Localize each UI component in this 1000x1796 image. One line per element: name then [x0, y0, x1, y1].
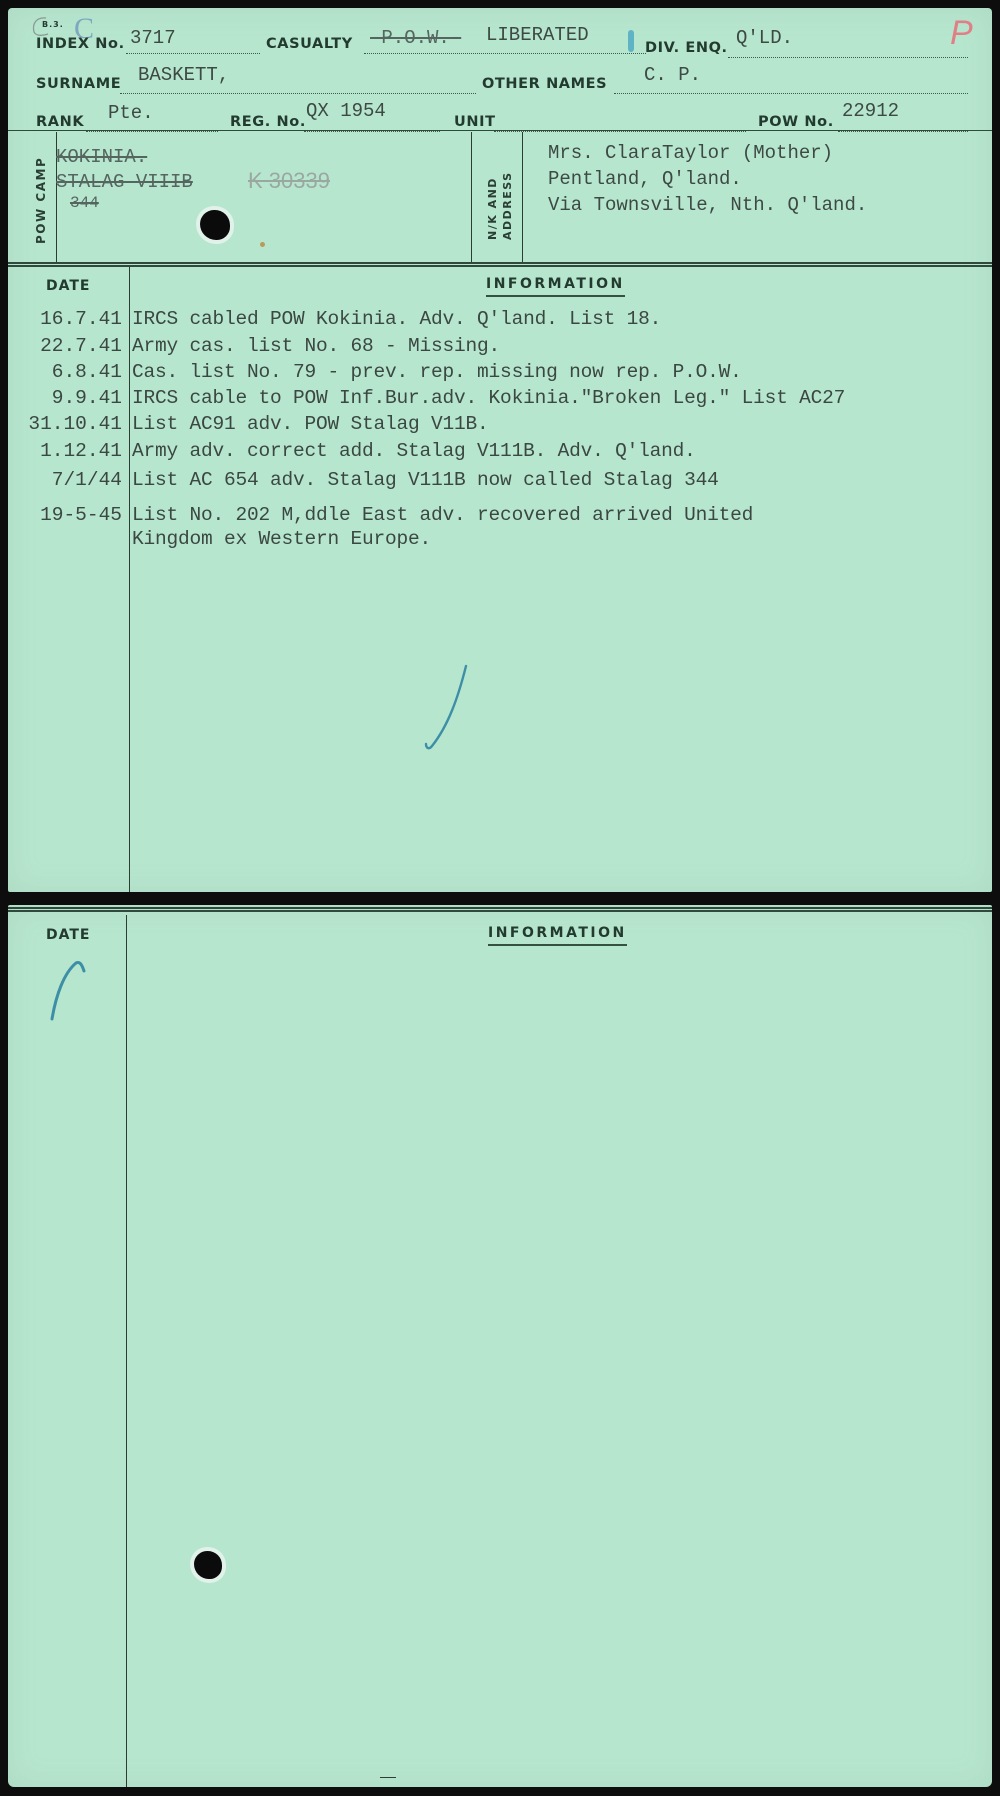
reg-no-label: REG. No.	[230, 114, 306, 130]
back-information-header: INFORMATION	[488, 925, 627, 946]
section-divider	[8, 262, 992, 267]
log-entry-date: 9.9.41	[8, 387, 122, 409]
reg-no-line	[304, 131, 440, 132]
surname-label: SURNAME	[36, 76, 121, 92]
blue-tick-mark-icon	[416, 658, 476, 758]
other-names-line	[614, 93, 968, 94]
back-punch-hole	[194, 1551, 222, 1579]
index-no-label: INDEX No.	[36, 36, 125, 52]
pow-camp-pencil-note: K 30339	[248, 168, 330, 194]
stain-dot	[260, 242, 265, 247]
log-entry-text: List AC91 adv. POW Stalag V11B.	[132, 413, 489, 435]
log-entry: 7/1/44 List AC 654 adv. Stalag V111B now…	[8, 469, 992, 495]
back-date-column-divider	[126, 915, 127, 1787]
log-entry: 22.7.41Army cas. list No. 68 - Missing.	[8, 335, 992, 361]
log-entry: 31.10.41List AC91 adv. POW Stalag V11B.	[8, 413, 992, 439]
reg-no-value: QX 1954	[306, 100, 386, 122]
record-card-back: DATE INFORMATION	[8, 905, 992, 1787]
punch-hole	[200, 210, 230, 240]
log-entry: Kingdom ex Western Europe.	[8, 528, 992, 554]
header-divider	[8, 130, 992, 131]
address-divider-right	[522, 132, 523, 264]
log-entry-text: List No. 202 M,ddle East adv. recovered …	[132, 504, 753, 526]
log-entry-date: 7/1/44	[8, 469, 122, 491]
log-entry: 6.8.41Cas. list No. 79 - prev. rep. miss…	[8, 361, 992, 387]
log-entry-text: IRCS cabled POW Kokinia. Adv. Q'land. Li…	[132, 308, 661, 330]
address-line-2: Pentland, Q'land.	[548, 168, 742, 190]
log-entry-text: Cas. list No. 79 - prev. rep. missing no…	[132, 361, 742, 383]
casualty-line	[364, 53, 646, 54]
address-line-3: Via Townsville, Nth. Q'land.	[548, 194, 867, 216]
rank-label: RANK	[36, 114, 84, 130]
log-entry-text: Army cas. list No. 68 - Missing.	[132, 335, 500, 357]
pow-no-label: POW No.	[758, 114, 834, 130]
index-no-line	[126, 53, 260, 54]
index-no-value: 3717	[130, 27, 176, 49]
address-line-1: Mrs. ClaraTaylor (Mother)	[548, 142, 833, 164]
div-enq-label: DIV. ENQ.	[645, 40, 728, 56]
top-double-rule	[8, 907, 992, 912]
log-entry-date: 1.12.41	[8, 440, 122, 462]
record-card-front: B.3. C P INDEX No. 3717 CASUALTY -P.O.W.…	[8, 8, 992, 892]
log-entry-date: 22.7.41	[8, 335, 122, 357]
rank-line	[86, 131, 218, 132]
pow-camp-line-3: 344	[70, 194, 99, 212]
log-entry-date: 31.10.41	[8, 413, 122, 435]
log-entry-date: 6.8.41	[8, 361, 122, 383]
back-date-header: DATE	[46, 927, 90, 943]
log-entry: 9.9.41IRCS cable to POW Inf.Bur.adv. Kok…	[8, 387, 992, 413]
pow-camp-label: POW CAMP	[34, 157, 48, 244]
log-entry-text: IRCS cable to POW Inf.Bur.adv. Kokinia."…	[132, 387, 845, 409]
casualty-value: LIBERATED	[486, 24, 589, 46]
pow-camp-line-2: STALAG VIIIB	[56, 171, 193, 193]
red-pencil-mark: P	[950, 14, 973, 53]
surname-value: BASKETT,	[138, 64, 229, 86]
div-enq-value: Q'LD.	[736, 27, 793, 49]
log-entry: 19-5-45 List No. 202 M,ddle East adv. re…	[8, 504, 992, 530]
surname-line	[120, 93, 476, 94]
pow-no-value: 22912	[842, 100, 899, 122]
pow-camp-line-1: KOKINIA.	[56, 146, 147, 168]
log-entry-date: 16.7.41	[8, 308, 122, 330]
log-entry-text: Army adv. correct add. Stalag V111B. Adv…	[132, 440, 696, 462]
nk-label-line-1: N/K AND	[486, 177, 499, 240]
unit-line	[494, 131, 746, 132]
log-entry-date: 19-5-45	[8, 504, 122, 526]
address-divider-left	[471, 132, 472, 264]
log-entry: 1.12.41Army adv. correct add. Stalag V11…	[8, 440, 992, 466]
small-dash-mark	[380, 1777, 396, 1778]
casualty-struck-value: -P.O.W.-	[370, 27, 461, 49]
other-names-value: C. P.	[644, 64, 701, 86]
unit-label: UNIT	[454, 114, 496, 130]
nk-label-line-2: ADDRESS	[501, 171, 514, 240]
blue-pencil-tick	[628, 30, 634, 52]
log-entry-text: List AC 654 adv. Stalag V111B now called…	[132, 469, 719, 491]
log-entry: 16.7.41IRCS cabled POW Kokinia. Adv. Q'l…	[8, 308, 992, 334]
information-header: INFORMATION	[486, 276, 625, 297]
div-enq-line	[728, 57, 968, 58]
blue-pencil-stroke-icon	[42, 955, 92, 1025]
rank-value: Pte.	[108, 102, 154, 124]
pow-no-line	[838, 131, 968, 132]
date-header: DATE	[46, 278, 90, 294]
log-entry-text: Kingdom ex Western Europe.	[132, 528, 431, 550]
other-names-label: OTHER NAMES	[482, 76, 607, 92]
casualty-label: CASUALTY	[266, 36, 353, 52]
